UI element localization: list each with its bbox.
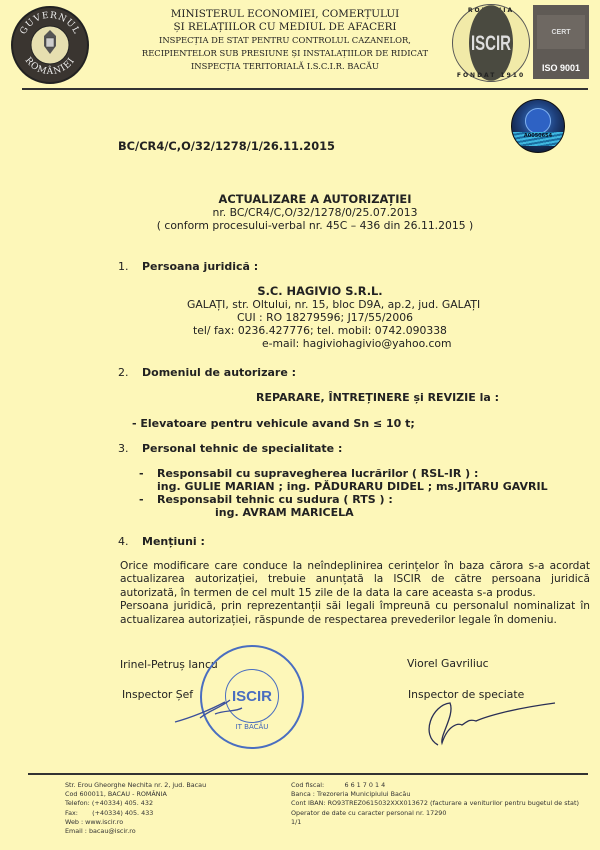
footer-fiscal: Cod fiscal: 6 6 1 7 0 1 4 Banca : Trezor… bbox=[291, 781, 579, 827]
footer-fiscal-code: Cod fiscal: 6 6 1 7 0 1 4 bbox=[291, 781, 579, 790]
iscir-logo-center: ISCIR bbox=[469, 5, 513, 81]
rsl-names: ing. GULIE MARIAN ; ing. PĂDURARU DIDEL … bbox=[157, 480, 548, 493]
footer-contact: Str. Erou Gheorghe Nechita nr. 2, jud. B… bbox=[65, 781, 206, 836]
authorization-item: - Elevatoare pentru vehicule avand Sn ≤ … bbox=[132, 417, 415, 430]
ministry-line: MINISTERUL ECONOMIEI, COMERȚULUI bbox=[100, 8, 470, 21]
document-title: ACTUALIZARE A AUTORIZAȚIEI bbox=[150, 193, 480, 206]
footer-operator: Operator de date cu caracter personal nr… bbox=[291, 809, 579, 818]
rsl-label: Responsabil cu supravegherea lucrărilor … bbox=[157, 467, 478, 480]
company-cui: CUI : RO 18279596; J17/55/2006 bbox=[237, 311, 413, 324]
section-1-heading: 1.Persoana juridică : bbox=[118, 260, 258, 273]
company-name: S.C. HAGIVIO S.R.L. bbox=[190, 285, 450, 298]
footer-email[interactable]: Email : bacau@iscir.ro bbox=[65, 827, 206, 836]
iscir-logo-icon: ROMANIA ISCIR FONDAT 1910 bbox=[452, 4, 530, 82]
mentions-text: Orice modificare care conduce la neîndep… bbox=[120, 560, 590, 627]
footer-divider bbox=[28, 773, 588, 775]
section-2-heading: 2.Domeniul de autorizare : bbox=[118, 366, 296, 379]
footer-fax: Fax: (+40334) 405. 433 bbox=[65, 809, 206, 818]
left-signatory-name: Irinel-Petruș Iancu bbox=[120, 658, 218, 671]
bullet: - bbox=[139, 467, 144, 480]
romanian-government-seal-icon: GUVERNUL ROMÂNIEI bbox=[13, 8, 87, 82]
footer-address: Str. Erou Gheorghe Nechita nr. 2, jud. B… bbox=[65, 781, 206, 790]
ministry-header: MINISTERUL ECONOMIEI, COMERȚULUI ȘI RELA… bbox=[100, 8, 470, 73]
authorization-activity: REPARARE, ÎNTREȚINERE și REVIZIE la : bbox=[256, 391, 499, 404]
cert-brand: CERT bbox=[537, 15, 585, 49]
rts-names: ing. AVRAM MARICELA bbox=[215, 506, 354, 519]
document-number: nr. BC/CR4/C,O/32/1278/0/25.07.2013 bbox=[150, 206, 480, 219]
right-signatory-name: Viorel Gavriliuc bbox=[407, 657, 489, 670]
company-phones: tel/ fax: 0236.427776; tel. mobil: 0742.… bbox=[193, 324, 447, 337]
section-3-heading: 3.Personal tehnic de specialitate : bbox=[118, 442, 342, 455]
footer-phone: Telefon: (+40334) 405. 432 bbox=[65, 799, 206, 808]
signature-left-icon bbox=[170, 690, 250, 730]
footer-web[interactable]: Web : www.iscir.ro bbox=[65, 818, 206, 827]
bullet: - bbox=[139, 493, 144, 506]
company-details: S.C. HAGIVIO S.R.L. bbox=[190, 285, 450, 298]
government-seal: GUVERNUL ROMÂNIEI bbox=[11, 6, 89, 84]
ministry-line: RECIPIENTELOR SUB PRESIUNE ȘI INSTALAȚII… bbox=[100, 47, 470, 60]
iscir-logo-bottom: FONDAT 1910 bbox=[453, 72, 529, 79]
page-number: 1/1 bbox=[291, 818, 579, 827]
document-reference: BC/CR4/C,O/32/1278/1/26.11.2015 bbox=[118, 139, 335, 153]
company-address: GALAȚI, str. Oltului, nr. 15, bloc D9A, … bbox=[187, 298, 517, 311]
header-divider bbox=[22, 88, 588, 90]
hologram-code: A0050654 bbox=[512, 133, 564, 139]
footer-city: Cod 600011, BACAU - ROMÂNIA bbox=[65, 790, 206, 799]
ministry-line: INSPECȚIA TERITORIALĂ I.S.C.I.R. BACĂU bbox=[100, 60, 470, 73]
ministry-line: INSPECȚIA DE STAT PENTRU CONTROLUL CAZAN… bbox=[100, 34, 470, 47]
rts-label: Responsabil tehnic cu sudura ( RTS ) : bbox=[157, 493, 393, 506]
iso-certification-badge-icon: CERT ISO 9001 bbox=[533, 5, 589, 79]
iscir-hologram-sticker-icon: A0050654 bbox=[511, 99, 565, 153]
section-4-heading: 4.Mențiuni : bbox=[118, 535, 205, 548]
iso-label: ISO 9001 bbox=[533, 63, 589, 73]
signature-right-icon bbox=[410, 695, 560, 750]
company-email[interactable]: e-mail: hagiviohagivio@yahoo.com bbox=[262, 337, 452, 350]
footer-iban: Cont IBAN: RO93TREZ0615032XXX013672 (fac… bbox=[291, 799, 579, 808]
mention-paragraph: Persoana juridică, prin reprezentanții s… bbox=[120, 600, 590, 627]
document-title-block: ACTUALIZARE A AUTORIZAȚIEI nr. BC/CR4/C,… bbox=[150, 193, 480, 232]
document-conform: ( conform procesului-verbal nr. 45C – 43… bbox=[150, 219, 480, 232]
footer-bank: Banca : Trezoreria Municipiului Bacău bbox=[291, 790, 579, 799]
mention-paragraph: Orice modificare care conduce la neîndep… bbox=[120, 560, 590, 600]
ministry-line: ȘI RELAȚIILOR CU MEDIUL DE AFACERI bbox=[100, 21, 470, 34]
